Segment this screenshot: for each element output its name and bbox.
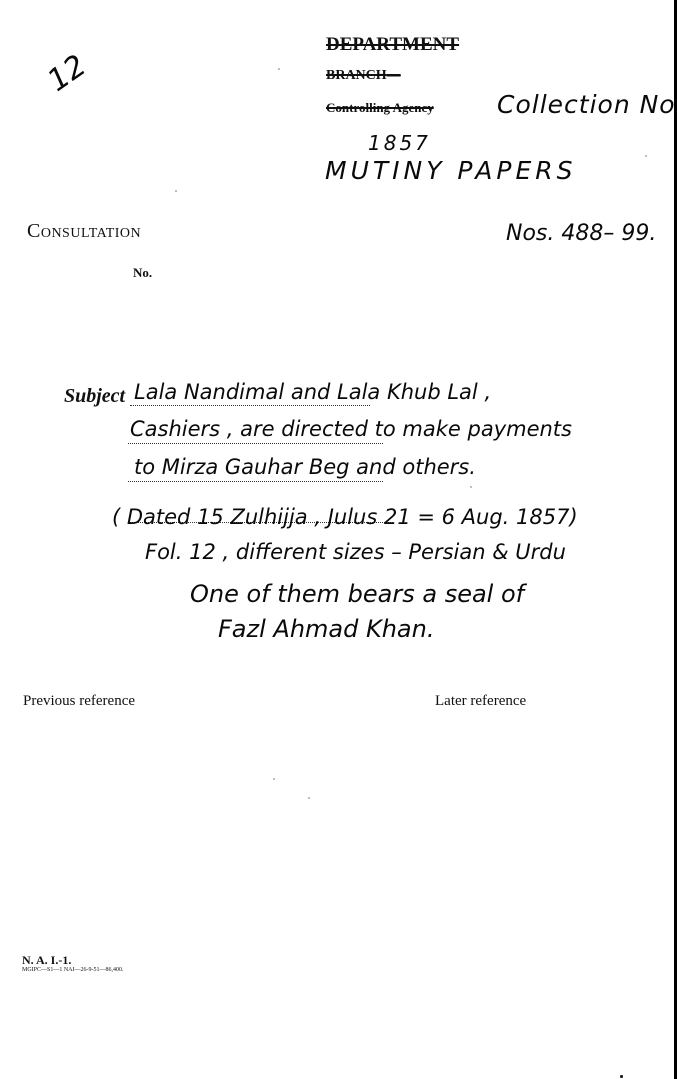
mutiny-papers-note: MUTINY PAPERS <box>325 156 576 185</box>
subject-line-7: Fazl Ahmad Khan. <box>218 615 434 643</box>
branch-dash: — <box>387 68 401 83</box>
branch-text: BRANCH <box>326 68 387 83</box>
subject-label: Subject <box>64 385 125 408</box>
subject-line-4: ( Dated 15 Zulhijja , Julus 21 = 6 Aug. … <box>112 505 578 529</box>
scan-speck <box>645 155 647 157</box>
subject-dotted-line-1 <box>130 405 370 406</box>
later-reference-label: Later reference <box>435 693 526 710</box>
scan-speck <box>175 190 177 192</box>
scan-speck <box>273 778 275 780</box>
subject-line-3: to Mirza Gauhar Beg and others. <box>134 455 476 479</box>
print-line: MGIPC—S1—1 NAI—26-9-51—86,400. <box>22 967 124 973</box>
corner-mark: 12 <box>41 48 92 99</box>
subject-line-6: One of them bears a seal of <box>190 580 524 608</box>
department-label: DEPARTMENT <box>326 34 459 56</box>
scan-speck <box>278 68 280 70</box>
subject-dotted-line-3 <box>128 481 383 482</box>
subject-line-5: Fol. 12 , different sizes – Persian & Ur… <box>145 540 566 564</box>
record-cover-page: 12 DEPARTMENT BRANCH— Controlling Agency… <box>0 0 677 1079</box>
branch-label: BRANCH— <box>326 68 401 84</box>
collection-note: Collection No. 6. <box>497 90 677 119</box>
subject-line-1: Lala Nandimal and Lala Khub Lal , <box>134 380 491 404</box>
scan-speck <box>308 797 310 799</box>
consultation-no-label: No. <box>133 265 152 281</box>
subject-line-2: Cashiers , are directed to make payments <box>130 417 572 441</box>
consultation-numbers: Nos. 488– 99. <box>506 221 656 246</box>
form-code: N. A. I.-1. <box>22 953 71 968</box>
consultation-label: Consultation <box>27 220 141 243</box>
year-note: 1857 <box>368 131 431 155</box>
scan-speck <box>470 486 472 488</box>
subject-dotted-line-2 <box>128 443 383 444</box>
scan-speck <box>620 1075 623 1078</box>
previous-reference-label: Previous reference <box>23 693 135 710</box>
controlling-agency-label: Controlling Agency <box>326 100 434 116</box>
